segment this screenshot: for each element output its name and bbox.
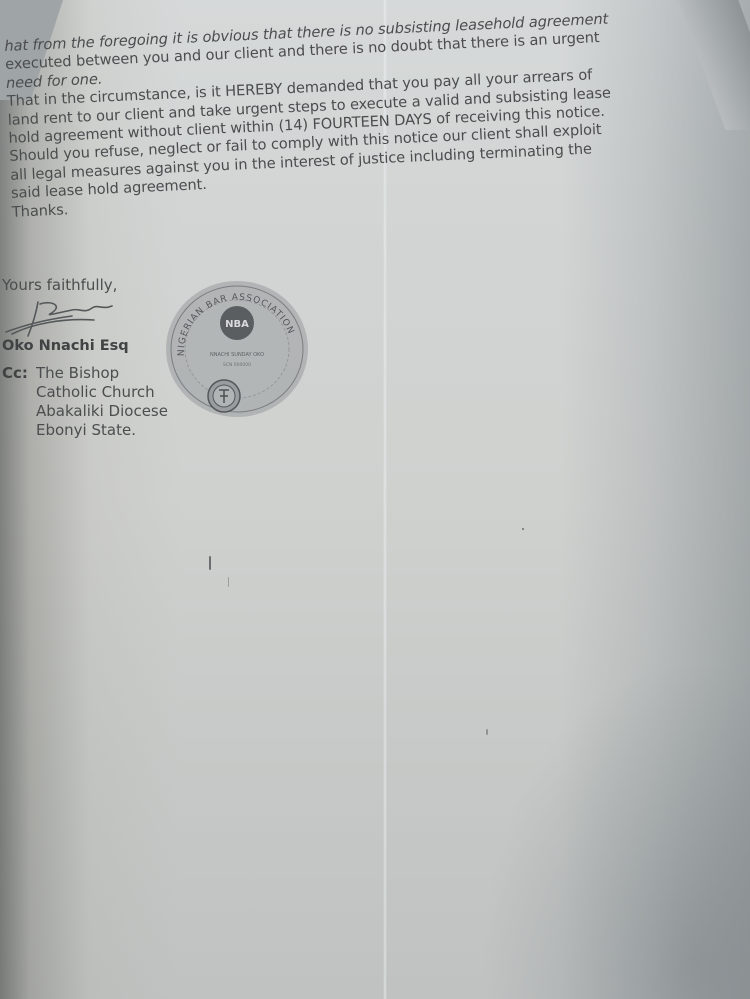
nba-stamp-seal-icon: NIGERIAN BAR ASSOCIATION NBA NNACHI SUND… (164, 278, 310, 420)
paper-speck (209, 556, 211, 570)
cc-label: Cc: (2, 364, 36, 440)
paper-speck (522, 528, 524, 530)
svg-text:NNACHI SUNDAY OKO: NNACHI SUNDAY OKO (210, 352, 264, 358)
cc-recipients: The Bishop Catholic Church Abakaliki Dio… (36, 364, 168, 440)
svg-text:SCN 000000: SCN 000000 (223, 362, 251, 368)
paper-speck (228, 577, 229, 587)
signature-icon (2, 296, 122, 338)
svg-text:NBA: NBA (225, 319, 249, 330)
signature-block: Yours faithfully, Oko Nnachi Esq Cc: The… (2, 276, 168, 440)
cc-line: The Bishop (36, 364, 168, 383)
paper-speck (486, 729, 488, 735)
cc-line: Abakaliki Diocese (36, 402, 168, 421)
cc-line: Ebonyi State. (36, 421, 168, 440)
closing-salutation: Yours faithfully, (2, 276, 168, 294)
photographed-letter-page: hat from the foregoing it is obvious tha… (0, 0, 750, 999)
paper-shadow (480, 659, 750, 999)
cc-block: Cc: The Bishop Catholic Church Abakaliki… (2, 364, 168, 440)
letter-body: hat from the foregoing it is obvious tha… (4, 6, 712, 222)
cc-line: Catholic Church (36, 383, 168, 402)
signer-name: Oko Nnachi Esq (2, 338, 168, 354)
